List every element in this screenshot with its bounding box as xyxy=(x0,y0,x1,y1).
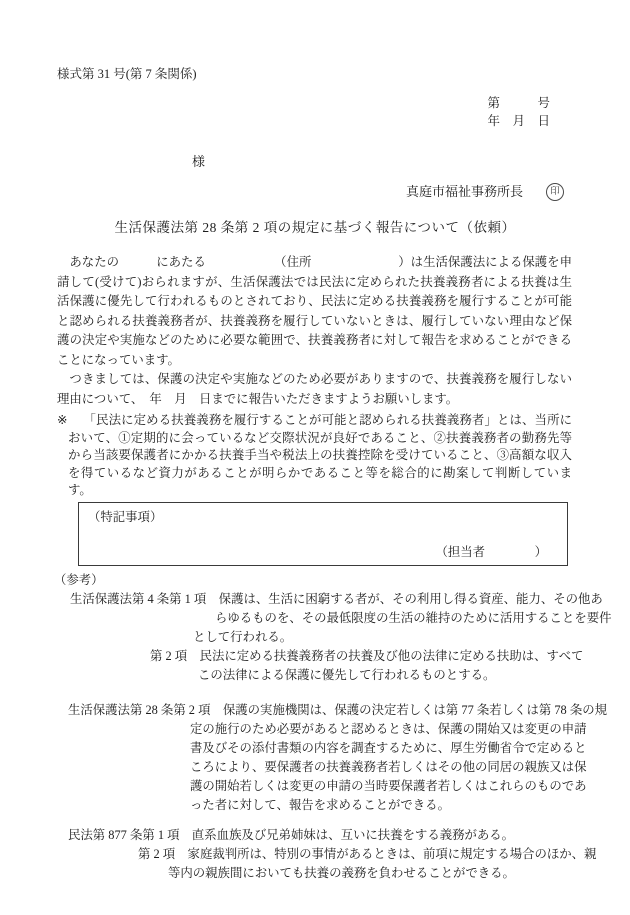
reference-law-art28-p2: 生活保護法第 28 条第 2 項 保護の実施機関は、保護の決定若しくは第 77 … xyxy=(57,701,590,815)
document-meta: 第 号 年 月 日 xyxy=(0,94,630,130)
reference-line: 第 2 項 家庭裁判所は、特別の事情があるときは、前項に規定する場合のほか、親 xyxy=(138,845,590,864)
document-title: 生活保護法第 28 条第 2 項の規定に基づく報告について（依頼） xyxy=(0,220,630,236)
reference-line: として行われる。 xyxy=(193,628,590,647)
reference-line: 第 2 項 民法に定める扶養義務者の扶養及び他の法律に定める扶助は、すべて xyxy=(150,647,590,666)
reference-line: 生活保護法第 28 条第 2 項 保護の実施機関は、保護の決定若しくは第 77 … xyxy=(68,701,590,720)
reference-line: った者に対して、報告を求めることができる。 xyxy=(190,796,590,815)
seal-icon: 印 xyxy=(546,183,564,201)
reference-heading: （参考） xyxy=(54,571,590,590)
reference-line: 等内の親族間においても扶養の義務を負わせることができる。 xyxy=(168,864,590,883)
document-date-line: 年 月 日 xyxy=(0,112,550,130)
note-marker: ※ xyxy=(57,413,84,427)
reference-line: 書及びその添付書類の内容を調査するために、厚生労働省令で定めると xyxy=(190,739,590,758)
sender-title: 真庭市福祉事務所長 xyxy=(406,184,523,200)
reference-line: この法律による保護に優先して行われるものとする。 xyxy=(198,666,590,685)
reference-line: 生活保護法第 4 条第 1 項 保護は、生活に困窮する者が、その利用し得る資産、… xyxy=(70,590,590,609)
remarks-box-label: （特記事項） xyxy=(88,507,162,525)
addressee-honorific: 様 xyxy=(192,154,630,169)
body-text: あなたの にあたる （住所 ）は生活保護法による保護を申請して(受けて)おられま… xyxy=(57,253,572,409)
reference-section: （参考） 生活保護法第 4 条第 1 項 保護は、生活に困窮する者が、その利用し… xyxy=(57,571,590,883)
form-number-label: 様式第 31 号(第 7 条関係) xyxy=(57,67,630,81)
staff-in-charge-label: （担当者 ） xyxy=(435,542,547,560)
reference-civil-art877: 民法第 877 条第 1 項 直系血族及び兄弟姉妹は、互いに扶養をする義務がある… xyxy=(57,826,590,883)
reference-line: ころにより、要保護者の扶養義務者若しくはその他の同居の親族又は保 xyxy=(190,758,590,777)
reference-line: らゆるものを、その最低限度の生活の維持のために活用することを要件 xyxy=(215,609,590,628)
reference-law-art4-p1: 生活保護法第 4 条第 1 項 保護は、生活に困窮する者が、その利用し得る資産、… xyxy=(57,590,590,647)
reference-line: 民法第 877 条第 1 項 直系血族及び兄弟姉妹は、互いに扶養をする義務がある… xyxy=(68,826,590,845)
document-page: 様式第 31 号(第 7 条関係) 第 号 年 月 日 様 真庭市福祉事務所長 … xyxy=(0,0,630,915)
document-number-line: 第 号 xyxy=(0,94,550,112)
remarks-box: （特記事項） （担当者 ） xyxy=(78,502,568,566)
reference-law-art4-p2: 第 2 項 民法に定める扶養義務者の扶養及び他の法律に定める扶助は、すべて この… xyxy=(57,647,590,685)
reference-line: 定の施行のため必要があると認めるときは、保護の開始又は変更の申請 xyxy=(190,720,590,739)
reference-line: 護の開始若しくは変更の申請の当時要保護者若しくはこれらのものであ xyxy=(190,777,590,796)
paragraph-request: つきましては、保護の決定や実施などのため必要がありますので、扶養義務を履行しない… xyxy=(57,370,572,409)
note-paragraph: ※「民法に定める扶養義務を履行することが可能と認められる扶養義務者」とは、当所に… xyxy=(57,412,572,500)
paragraph-intro: あなたの にあたる （住所 ）は生活保護法による保護を申請して(受けて)おられま… xyxy=(57,253,572,370)
sender-row: 真庭市福祉事務所長 印 xyxy=(0,183,630,201)
note-text: 「民法に定める扶養義務を履行することが可能と認められる扶養義務者」とは、当所にお… xyxy=(68,413,572,497)
